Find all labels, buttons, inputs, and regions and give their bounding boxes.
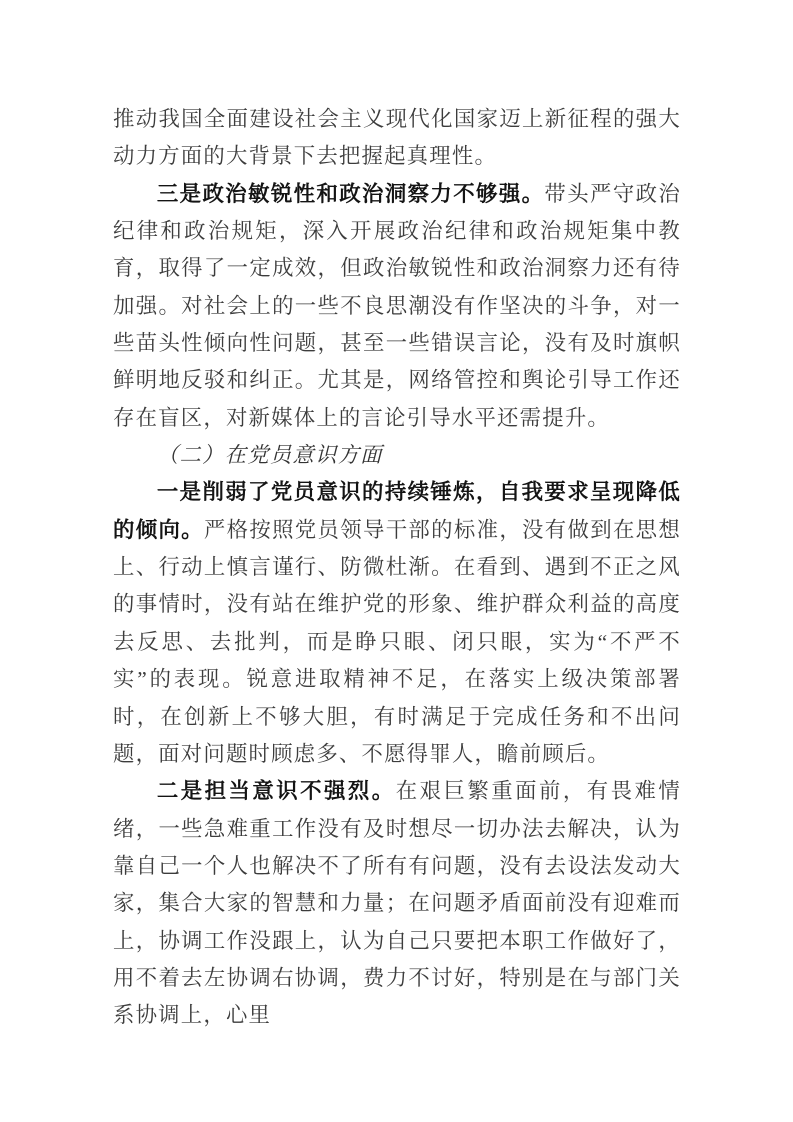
point-one-paragraph: 一是削弱了党员意识的持续锤炼，自我要求呈现降低的倾向。严格按照党员领导干部的标准… [113,474,681,773]
point-two-lead-bold: 二是担当意识不强烈。 [157,779,396,803]
point-two-body-text: 在艰巨繁重面前，有畏难情绪，一些急难重工作没有及时想尽一切办法去解决，认为靠自己… [113,779,681,1027]
point-two-paragraph: 二是担当意识不强烈。在艰巨繁重面前，有畏难情绪，一些急难重工作没有及时想尽一切办… [113,773,681,1034]
continuation-paragraph: 推动我国全面建设社会主义现代化国家迈上新征程的强大动力方面的大背景下去把握起真理… [113,101,681,176]
point-one-body-text: 严格按照党员领导干部的标准，没有做到在思想上、行动上慎言谨行、防微杜渐。在看到、… [113,518,681,766]
document-page: 推动我国全面建设社会主义现代化国家迈上新征程的强大动力方面的大背景下去把握起真理… [0,0,793,1122]
point-three-paragraph: 三是政治敏锐性和政治洞察力不够强。带头严守政治纪律和政治规矩，深入开展政治纪律和… [113,176,681,437]
continuation-paragraph-text: 推动我国全面建设社会主义现代化国家迈上新征程的强大动力方面的大背景下去把握起真理… [113,107,681,168]
point-three-body-text: 带头严守政治纪律和政治规矩，深入开展政治纪律和政治规矩集中教育，取得了一定成效，… [113,182,681,430]
point-three-lead-bold: 三是政治敏锐性和政治洞察力不够强。 [157,182,545,206]
section-two-heading: （二）在党员意识方面 [113,437,681,474]
section-two-heading-text: （二）在党员意识方面 [157,443,383,467]
